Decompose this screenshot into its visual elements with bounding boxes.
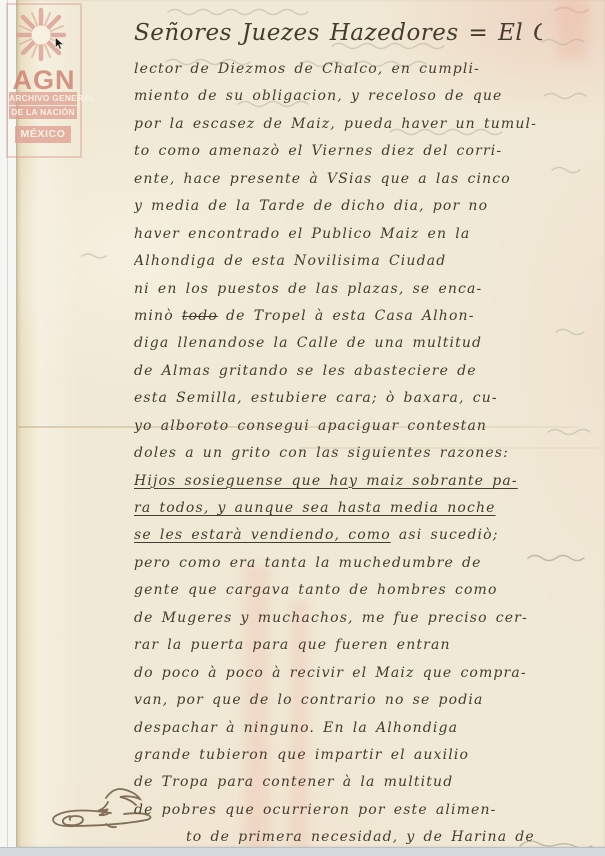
manuscript-line: de pobres que ocurrieron por este alimen…: [134, 797, 542, 824]
agn-name-line1: ARCHIVO GENERAL: [9, 92, 77, 105]
agn-country: MÉXICO: [15, 126, 71, 143]
cursor-icon: [55, 37, 64, 50]
manuscript-line: de Mugeres y muchachos, me fue preciso c…: [134, 605, 542, 632]
manuscript-line: ra todos, y aunque sea hasta media noche: [134, 495, 542, 522]
scan-bottom-edge: [0, 847, 605, 856]
manuscript-line: Hijos sosieguense que hay maiz sobrante …: [134, 468, 542, 495]
manuscript-line: ente, hace presente à VSias que a las ci…: [134, 166, 542, 193]
scribal-rubric: [48, 780, 163, 838]
manuscript-line: miento de su obligacion, y receloso de q…: [134, 83, 542, 110]
manuscript-line: van, por que de lo contrario no se podia: [134, 687, 542, 714]
manuscript-line: por la escasez de Maiz, pueda haver un t…: [134, 111, 542, 138]
document-scan: AGN ARCHIVO GENERAL DE LA NACIÓN MÉXICO …: [0, 0, 605, 856]
manuscript-line: rar la puerta para que fueren entran: [134, 632, 542, 659]
manuscript-line: grande tubieron que impartir el auxilio: [134, 742, 542, 769]
manuscript-line: do poco à poco à recivir el Maiz que com…: [134, 660, 542, 687]
manuscript-line: diga llenandose la Calle de una multitud: [134, 330, 542, 357]
manuscript-line: lector de Diezmos de Chalco, en cumpli-: [134, 56, 542, 83]
agn-name-line2: DE LA NACIÓN: [9, 106, 77, 119]
agn-sun-logo-icon: [8, 5, 80, 69]
manuscript-line: se les estarà vendiendo, como asi sucedi…: [134, 522, 542, 549]
manuscript-line: yo alboroto consegui apaciguar contestan: [134, 413, 542, 440]
agn-watermark: AGN ARCHIVO GENERAL DE LA NACIÓN MÉXICO: [6, 3, 82, 158]
manuscript-line: despachar à ninguno. En la Alhondiga: [134, 715, 542, 742]
manuscript-line: esta Semilla, estubiere cara; ò baxara, …: [134, 385, 542, 412]
manuscript-line: de Tropa para contener à la multitud: [134, 769, 542, 796]
manuscript-lines: lector de Diezmos de Chalco, en cumpli-m…: [134, 56, 542, 852]
manuscript-line: minò todo de Tropel à esta Casa Alhon-: [134, 303, 542, 330]
manuscript-title-line: Señores Juezes Hazedores = El Co-: [134, 10, 542, 56]
manuscript-line: ni en los puestos de las plazas, se enca…: [134, 276, 542, 303]
manuscript-line: haver encontrado el Publico Maiz en la: [134, 221, 542, 248]
manuscript-line: pero como era tanta la muchedumbre de: [134, 550, 542, 577]
ink-stain: [558, 0, 588, 60]
manuscript-line: gente que cargava tanto de hombres como: [134, 577, 542, 604]
manuscript-line: doles a un grito con las siguientes razo…: [134, 440, 542, 467]
manuscript-text: Señores Juezes Hazedores = El Co- lector…: [134, 10, 542, 854]
manuscript-line: Alhondiga de esta Novilisima Ciudad: [134, 248, 542, 275]
manuscript-line: y media de la Tarde de dicho dia, por no: [134, 193, 542, 220]
manuscript-line: de Almas gritando se les abasteciere de: [134, 358, 542, 385]
manuscript-line: to como amenazò el Viernes diez del corr…: [134, 138, 542, 165]
